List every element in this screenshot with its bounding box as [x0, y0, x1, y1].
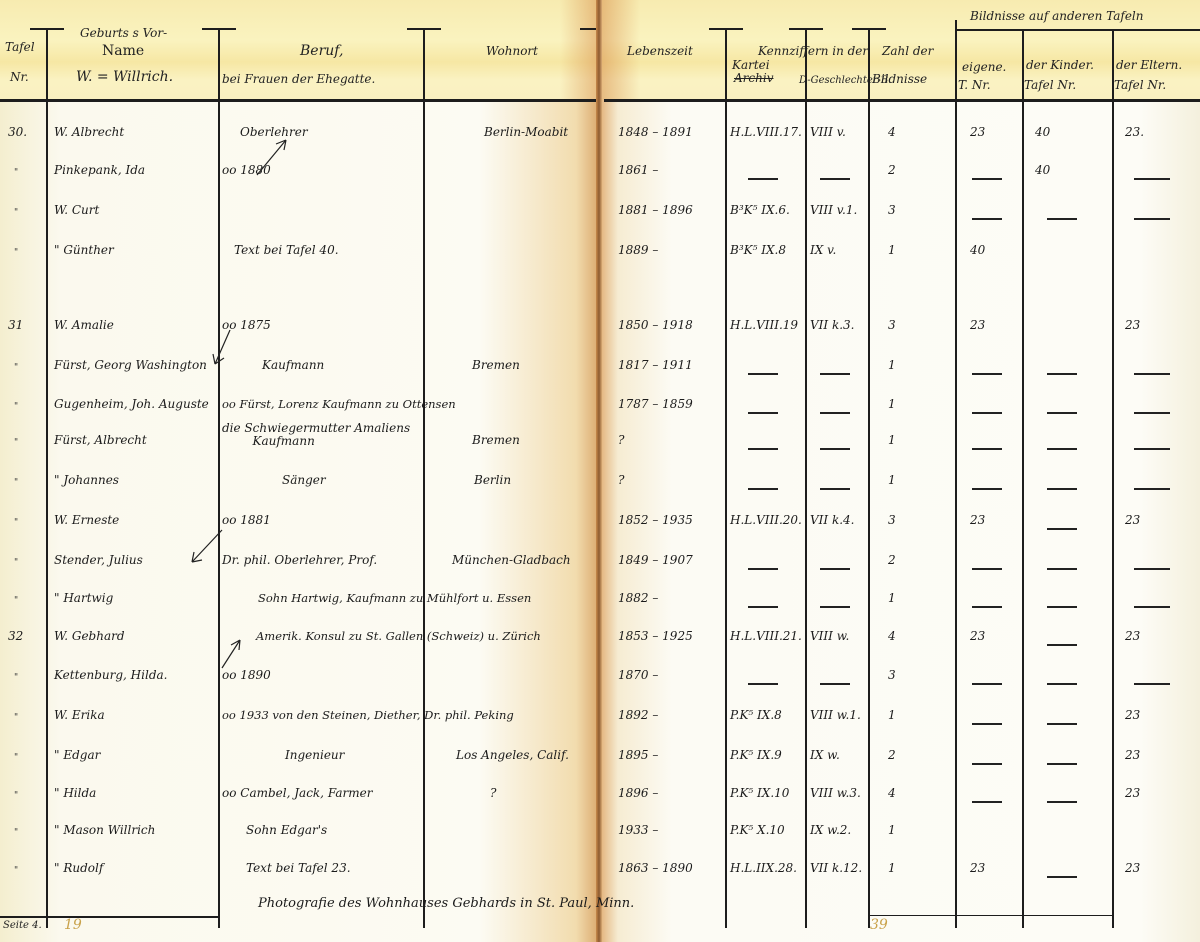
- cell-eigene: 23: [970, 512, 985, 528]
- dash-geschl: [820, 568, 850, 570]
- footer-rule-left: [0, 916, 218, 918]
- cell-name: " Hilda: [54, 785, 96, 801]
- footer-seite: Seite 4.: [3, 920, 42, 931]
- column-divider: [805, 28, 807, 928]
- cell-tafel: 32: [8, 628, 23, 644]
- header-name: Name: [102, 44, 144, 58]
- dash-kartei: [748, 448, 778, 450]
- cell-tafel: ": [14, 518, 18, 528]
- cell-eltern: 23: [1125, 512, 1140, 528]
- cell-kartei: B³K⁵ IX.8: [730, 242, 786, 258]
- dash-geschl: [820, 606, 850, 608]
- cell-zahl: 4: [888, 785, 896, 801]
- header-beruf: Beruf,: [300, 44, 343, 58]
- cell-tafel: ": [14, 791, 18, 801]
- dash-eltern: [1134, 448, 1170, 450]
- cell-beruf: Sänger: [282, 472, 326, 488]
- column-cap: [407, 28, 441, 30]
- right-page: [600, 0, 1200, 942]
- column-cap: [852, 28, 886, 30]
- dash-kinder: [1047, 723, 1077, 725]
- dash-geschl: [820, 488, 850, 490]
- cell-beruf: oo 1875: [222, 317, 271, 333]
- cell-zahl: 1: [888, 707, 896, 723]
- cell-kartei: H.L.VIII.19: [730, 317, 798, 333]
- header-rule-left: [0, 99, 596, 102]
- header-name-sub: W. = Willrich.: [76, 70, 173, 84]
- cell-tafel: ": [14, 866, 18, 876]
- cell-zahl: 2: [888, 552, 896, 568]
- cell-leben: 1881 – 1896: [618, 202, 693, 218]
- cell-tafel: ": [14, 438, 18, 448]
- cell-eltern: 23: [1125, 785, 1140, 801]
- cell-name: Kettenburg, Hilda.: [54, 667, 167, 683]
- cell-geschl: VIII w.: [810, 628, 849, 644]
- cell-zahl: 4: [888, 628, 896, 644]
- dash-eltern: [1134, 218, 1170, 220]
- cell-zahl: 3: [888, 202, 896, 218]
- cell-beruf: Dr. phil. Oberlehrer, Prof.: [222, 552, 377, 568]
- header-name-top: Geburts s Vor-: [80, 26, 167, 40]
- header-tafel: Tafel: [5, 40, 35, 54]
- cell-wohnort: Bremen: [472, 357, 520, 373]
- cell-eltern: 23: [1125, 860, 1140, 876]
- cell-geschl: VIII w.3.: [810, 785, 861, 801]
- cell-name: Pinkepank, Ida: [54, 162, 145, 178]
- cell-leben: 1863 – 1890: [618, 860, 693, 876]
- cell-name: " Hartwig: [54, 590, 113, 606]
- dash-geschl: [820, 373, 850, 375]
- cell-kartei: H.L.IIX.28.: [730, 860, 797, 876]
- header-tafel-nr: Nr.: [10, 70, 29, 84]
- column-divider: [725, 28, 727, 928]
- cell-eigene: 23: [970, 317, 985, 333]
- cell-tafel: ": [14, 402, 18, 412]
- cell-zahl: 1: [888, 472, 896, 488]
- column-divider: [218, 28, 220, 928]
- dash-kartei: [748, 683, 778, 685]
- cell-zahl: 1: [888, 242, 896, 258]
- cell-geschl: VII k.4.: [810, 512, 855, 528]
- dash-eigene: [972, 801, 1002, 803]
- cell-zahl: 3: [888, 667, 896, 683]
- header-eigene-sub: T. Nr.: [958, 78, 991, 92]
- header-eltern: der Eltern.: [1116, 58, 1182, 72]
- dash-eigene: [972, 683, 1002, 685]
- cell-beruf: Ingenieur: [285, 747, 344, 763]
- cell-name: Fürst, Georg Washington: [54, 357, 207, 373]
- cell-eigene: 40: [970, 242, 985, 258]
- cell-zahl: 1: [888, 357, 896, 373]
- dash-kartei: [748, 178, 778, 180]
- cell-name: " Mason Willrich: [54, 822, 155, 838]
- dash-kartei: [748, 568, 778, 570]
- cell-leben: 1896 –: [618, 785, 658, 801]
- cell-zahl: 2: [888, 747, 896, 763]
- cell-name: W. Albrecht: [54, 124, 124, 140]
- cell-beruf: Text bei Tafel 23.: [246, 860, 351, 876]
- dash-eltern: [1134, 488, 1170, 490]
- cell-wohnort: München-Gladbach: [452, 552, 571, 568]
- cell-name: Fürst, Albrecht: [54, 432, 147, 448]
- dash-eltern: [1134, 683, 1170, 685]
- cell-kartei: P.K⁵ IX.8: [730, 707, 782, 723]
- dash-eigene: [972, 178, 1002, 180]
- dash-kinder: [1047, 644, 1077, 646]
- column-divider: [1112, 30, 1114, 928]
- cell-eltern: 23: [1125, 628, 1140, 644]
- column-cap: [202, 28, 236, 30]
- cell-name: W. Gebhard: [54, 628, 125, 644]
- cell-tafel: ": [14, 248, 18, 258]
- cell-eltern: 23: [1125, 317, 1140, 333]
- dash-kinder: [1047, 801, 1077, 803]
- cell-eltern: 23.: [1125, 124, 1144, 140]
- cell-kartei: P.K⁵ IX.9: [730, 747, 782, 763]
- cell-leben: 1870 –: [618, 667, 658, 683]
- cell-beruf: oo 1881: [222, 512, 271, 528]
- cell-leben: 1848 – 1891: [618, 124, 693, 140]
- header-wohnort: Wohnort: [486, 44, 538, 58]
- header-rule-right: [604, 99, 1200, 102]
- cell-leben: 1850 – 1918: [618, 317, 693, 333]
- dash-geschl: [820, 178, 850, 180]
- cell-eigene: 23: [970, 860, 985, 876]
- cell-leben: 1852 – 1935: [618, 512, 693, 528]
- cell-tafel: ": [14, 363, 18, 373]
- header-kennziffern: Kennziffern in der: [758, 44, 868, 58]
- cell-tafel: ": [14, 753, 18, 763]
- dash-eltern: [1134, 178, 1170, 180]
- cell-kinder: 40: [1035, 124, 1050, 140]
- dash-eigene: [972, 448, 1002, 450]
- header-group-rule: [955, 29, 1200, 31]
- dash-kartei: [748, 373, 778, 375]
- cell-beruf: Text bei Tafel 40.: [234, 242, 339, 258]
- dash-eigene: [972, 606, 1002, 608]
- cell-leben: 1861 –: [618, 162, 658, 178]
- header-bildnisse: Bildnisse: [872, 72, 927, 86]
- column-cap: [709, 28, 743, 30]
- dash-kinder: [1047, 606, 1077, 608]
- dash-kinder: [1047, 683, 1077, 685]
- cell-wohnort: Berlin-Moabit: [484, 124, 568, 140]
- cell-leben: 1892 –: [618, 707, 658, 723]
- cell-name: " Günther: [54, 242, 114, 258]
- cell-name: W. Erika: [54, 707, 105, 723]
- header-kinder-sub: Tafel Nr.: [1024, 78, 1076, 92]
- column-cap: [789, 28, 823, 30]
- cell-kartei: H.L.VIII.21.: [730, 628, 802, 644]
- cell-leben: 1853 – 1925: [618, 628, 693, 644]
- cell-leben: 1817 – 1911: [618, 357, 693, 373]
- cell-name: W. Amalie: [54, 317, 114, 333]
- header-bildnisse-andere: Bildnisse auf anderen Tafeln: [970, 9, 1144, 23]
- cell-eltern: 23: [1125, 707, 1140, 723]
- cell-beruf: Oberlehrer: [240, 124, 308, 140]
- column-divider: [46, 28, 48, 928]
- dash-kinder: [1047, 763, 1077, 765]
- cell-wohnort: Bremen: [472, 432, 520, 448]
- dash-kartei: [748, 488, 778, 490]
- cell-zahl: 2: [888, 162, 896, 178]
- cell-geschl: VIII v.: [810, 124, 846, 140]
- dash-eltern: [1134, 412, 1170, 414]
- cell-beruf: Amerik. Konsul zu St. Gallen (Schweiz) u…: [256, 628, 541, 644]
- dash-eigene: [972, 763, 1002, 765]
- dash-eigene: [972, 723, 1002, 725]
- column-divider: [423, 28, 425, 928]
- cell-zahl: 3: [888, 512, 896, 528]
- footnote: Photografie des Wohnhauses Gebhards in S…: [258, 896, 634, 912]
- cell-kartei: B³K⁵ IX.6.: [730, 202, 790, 218]
- header-eltern-sub: Tafel Nr.: [1114, 78, 1166, 92]
- dash-eltern: [1134, 373, 1170, 375]
- column-divider: [955, 20, 957, 928]
- column-divider: [868, 28, 870, 928]
- cell-zahl: 1: [888, 432, 896, 448]
- cell-name: Stender, Julius: [54, 552, 143, 568]
- cell-kartei: P.K⁵ X.10: [730, 822, 785, 838]
- header-zahl-der: Zahl der: [882, 44, 933, 58]
- cell-geschl: IX w.: [810, 747, 840, 763]
- cell-geschl: VII k.12.: [810, 860, 862, 876]
- cell-tafel: ": [14, 596, 18, 606]
- dash-kinder: [1047, 412, 1077, 414]
- cell-tafel: ": [14, 208, 18, 218]
- dash-kinder: [1047, 448, 1077, 450]
- dash-eigene: [972, 412, 1002, 414]
- cell-kartei: H.L.VIII.20.: [730, 512, 802, 528]
- cell-leben: ?: [618, 472, 624, 488]
- cell-tafel: ": [14, 168, 18, 178]
- column-cap: [580, 28, 596, 30]
- cell-kartei: H.L.VIII.17.: [730, 124, 802, 140]
- cell-leben: 1882 –: [618, 590, 658, 606]
- cell-beruf: Sohn Edgar's: [246, 822, 327, 838]
- cell-name: " Edgar: [54, 747, 100, 763]
- cell-geschl: IX w.2.: [810, 822, 851, 838]
- dash-eigene: [972, 373, 1002, 375]
- dash-eigene: [972, 568, 1002, 570]
- cell-zahl: 1: [888, 822, 896, 838]
- cell-wohnort: ?: [490, 785, 496, 801]
- cell-eigene: 23: [970, 628, 985, 644]
- dash-geschl: [820, 683, 850, 685]
- dash-eigene: [972, 488, 1002, 490]
- dash-eltern: [1134, 606, 1170, 608]
- cell-beruf: Kaufmann: [262, 357, 324, 373]
- dash-eigene: [972, 218, 1002, 220]
- cell-tafel: 31: [8, 317, 23, 333]
- dash-eltern: [1134, 568, 1170, 570]
- cell-geschl: VIII w.1.: [810, 707, 861, 723]
- left-page-number: 19: [64, 917, 82, 933]
- cell-name: Gugenheim, Joh. Auguste: [54, 396, 209, 412]
- cell-eigene: 23: [970, 124, 985, 140]
- cell-beruf: oo 1933 von den Steinen, Diether, Dr. ph…: [222, 707, 514, 723]
- dash-kinder: [1047, 488, 1077, 490]
- cell-name: W. Erneste: [54, 512, 119, 528]
- right-page-number: 39: [870, 917, 888, 933]
- dash-kinder: [1047, 876, 1077, 878]
- cell-beruf: oo 1890: [222, 667, 271, 683]
- header-kartei: Kartei: [732, 58, 770, 72]
- cell-zahl: 3: [888, 317, 896, 333]
- dash-kartei: [748, 412, 778, 414]
- cell-name: " Rudolf: [54, 860, 103, 876]
- cell-leben: 1889 –: [618, 242, 658, 258]
- cell-eltern: 23: [1125, 747, 1140, 763]
- cell-leben: 1849 – 1907: [618, 552, 693, 568]
- cell-tafel: ": [14, 478, 18, 488]
- cell-beruf: die Schwiegermutter Amaliens Kaufmann: [222, 422, 410, 448]
- cell-leben: ?: [618, 432, 624, 448]
- dash-geschl: [820, 448, 850, 450]
- header-lebenszeit: Lebenszeit: [627, 44, 693, 58]
- header-kinder: der Kinder.: [1026, 58, 1094, 72]
- cell-kartei: P.K⁵ IX.10: [730, 785, 789, 801]
- page-fold: [596, 0, 602, 942]
- cell-kinder: 40: [1035, 162, 1050, 178]
- cell-leben: 1895 –: [618, 747, 658, 763]
- dash-kinder: [1047, 373, 1077, 375]
- cell-name: " Johannes: [54, 472, 119, 488]
- cell-zahl: 1: [888, 396, 896, 412]
- cell-leben: 1787 – 1859: [618, 396, 693, 412]
- cell-zahl: 4: [888, 124, 896, 140]
- footer-rule-right: [868, 915, 1112, 916]
- cell-tafel: ": [14, 558, 18, 568]
- cell-zahl: 1: [888, 590, 896, 606]
- dash-kinder: [1047, 568, 1077, 570]
- cell-zahl: 1: [888, 860, 896, 876]
- cell-tafel: ": [14, 673, 18, 683]
- dash-kinder: [1047, 528, 1077, 530]
- cell-wohnort: Berlin: [474, 472, 511, 488]
- cell-geschl: VIII v.1.: [810, 202, 857, 218]
- cell-leben: 1933 –: [618, 822, 658, 838]
- cell-tafel: ": [14, 828, 18, 838]
- dash-kartei: [748, 606, 778, 608]
- cell-tafel: ": [14, 713, 18, 723]
- cell-name: W. Curt: [54, 202, 99, 218]
- dash-geschl: [820, 412, 850, 414]
- header-beruf-sub: bei Frauen der Ehegatte.: [222, 72, 375, 86]
- cell-geschl: VII k.3.: [810, 317, 855, 333]
- column-divider: [1022, 30, 1024, 928]
- cell-tafel: 30.: [8, 124, 27, 140]
- cell-wohnort: Los Angeles, Calif.: [456, 747, 569, 763]
- cell-beruf: Sohn Hartwig, Kaufmann zu Mühlfort u. Es…: [258, 590, 531, 606]
- header-eigene: eigene.: [962, 60, 1006, 74]
- column-cap: [30, 28, 64, 30]
- dash-kinder: [1047, 218, 1077, 220]
- cell-beruf: oo Fürst, Lorenz Kaufmann zu Ottensen: [222, 396, 456, 412]
- cell-beruf: oo 1880: [222, 162, 271, 178]
- header-archiv-struck: Archiv: [734, 71, 773, 85]
- cell-geschl: IX v.: [810, 242, 836, 258]
- cell-beruf: oo Cambel, Jack, Farmer: [222, 785, 372, 801]
